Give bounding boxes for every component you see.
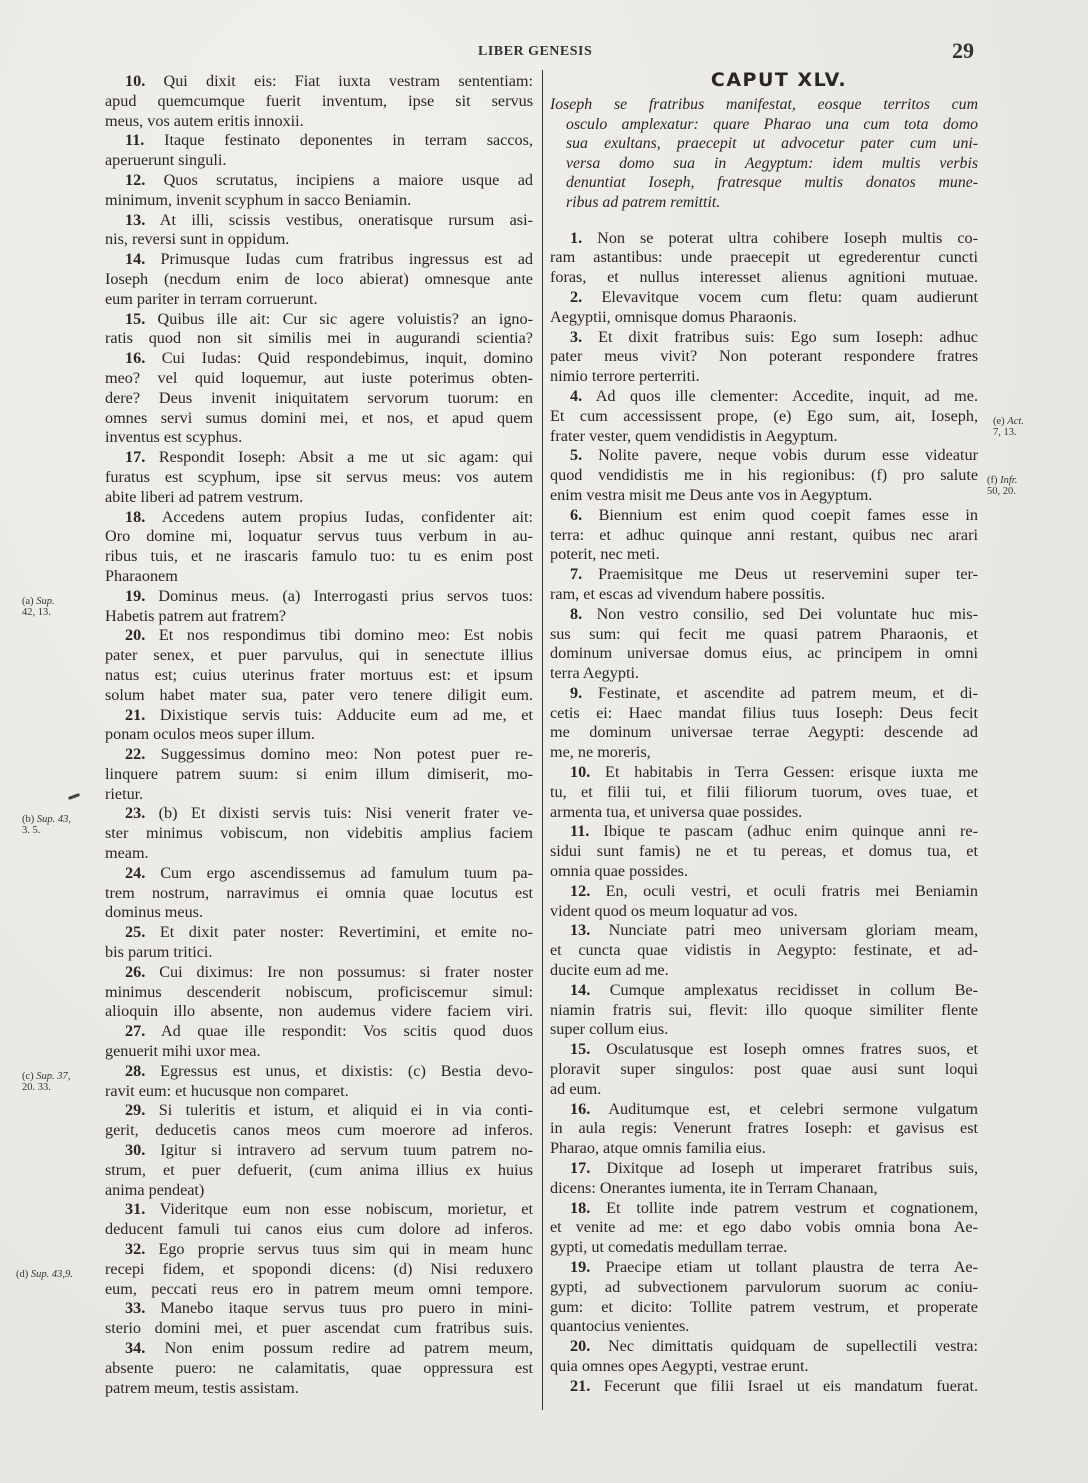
text-line: 16. Auditumque est, et celebri sermone v…	[550, 1100, 978, 1120]
note-loc: 50, 20.	[987, 486, 1016, 497]
note-loc: 7, 13.	[993, 427, 1017, 438]
text-line: super collum eius.	[550, 1020, 978, 1040]
text-line: 28. Egressus est unus, et dixistis: (c) …	[105, 1062, 533, 1082]
note-ref: Sup. 43,9.	[31, 1269, 73, 1280]
text-line: furatus est scyphum, ipse sit servus meu…	[105, 468, 533, 488]
verse-number: 18.	[125, 508, 145, 526]
text-line: alioquin illo absente, non audemus vider…	[105, 1002, 533, 1022]
text-line: 13. Nunciate patri meo universam gloriam…	[550, 921, 978, 941]
text-line: 13. At illi, scissis vestibus, oneratisq…	[105, 211, 533, 231]
text-line: solum habet mater sua, pater vero tenere…	[105, 686, 533, 706]
verse-number: 23.	[125, 804, 145, 822]
text-line: me, ne moreris,	[550, 743, 978, 763]
text-line: frater vester, quem vendidistis in Aegyp…	[550, 427, 978, 447]
text-line: osculo amplexatur: quare Pharao una cum …	[550, 115, 978, 135]
verse-number: 17.	[125, 448, 145, 466]
text-line: dominum universae domus eius, ac princip…	[550, 644, 978, 664]
chapter-title: CAPUT XLV.	[550, 67, 978, 95]
text-line: eum, peccati reus ero in patrem meum omn…	[105, 1280, 533, 1300]
text-line: deducent famuli tui canos eius cum dolor…	[105, 1220, 533, 1240]
text-line: Pharaonem	[105, 567, 533, 587]
text-line: 25. Et dixit pater noster: Revertimini, …	[105, 923, 533, 943]
verse-number: 22.	[125, 745, 145, 763]
text-line: 26. Cui diximus: Ire non possumus: si fr…	[105, 963, 533, 983]
text-line: eum pariter in terram corruerunt.	[105, 290, 533, 310]
text-line: 10. Et habitabis in Terra Gessen: erisqu…	[550, 763, 978, 783]
text-line: 30. Igitur si intravero ad servum tuum p…	[105, 1141, 533, 1161]
note-loc: 42, 13.	[22, 607, 51, 618]
text-line: foras, et nullus interesset alienus agni…	[550, 268, 978, 288]
text-line: ribus ad patrem remittit.	[550, 193, 978, 213]
text-line: 2. Elevavitque vocem cum fletu: quam aud…	[550, 288, 978, 308]
text-line: gerit, deducetis canos meos cum moerore …	[105, 1121, 533, 1141]
text-line: gypti, ut comedatis medullam terrae.	[550, 1238, 978, 1258]
text-line: vident quod os meum loquatur ad vos.	[550, 902, 978, 922]
verse-number: 14.	[570, 981, 590, 999]
right-column-text: 1. Non se poterat ultra cohibere Ioseph …	[550, 229, 978, 1397]
verse-number: 17.	[570, 1159, 590, 1177]
text-line: recepi fidem, et spopondi dicens: (d) Ni…	[105, 1260, 533, 1280]
text-line: ram, et escas ad vivendum habere possiti…	[550, 585, 978, 605]
text-line: pater senex, et puer parvulus, qui in se…	[105, 646, 533, 666]
verse-number: 32.	[125, 1240, 145, 1258]
verse-number: 26.	[125, 963, 145, 981]
verse-number: 21.	[570, 1377, 590, 1395]
text-line: 15. Quibus ille ait: Cur sic agere volui…	[105, 310, 533, 330]
text-line: omnes servi sumus domini mei, et nos, et…	[105, 409, 533, 429]
text-line: minimum, invenit scyphum in sacco Beniam…	[105, 191, 533, 211]
text-line: denuntiat Ioseph, fratresque multis dona…	[550, 173, 978, 193]
text-line: 18. Accedens autem propius Iudas, confid…	[105, 508, 533, 528]
text-line: 16. Cui Iudas: Quid respondebimus, inqui…	[105, 349, 533, 369]
note-loc: 3. 5.	[22, 825, 40, 836]
text-line: minimus descenderit nobiscum, proficisce…	[105, 983, 533, 1003]
note-ref: Infr.	[1000, 475, 1017, 486]
margin-note-d: (d) Sup. 43,9.	[16, 1269, 73, 1280]
verse-number: 12.	[570, 882, 590, 900]
verse-number: 13.	[125, 211, 145, 229]
text-line: nis, reversi sunt in oppidum.	[105, 230, 533, 250]
text-line: genuerit mihi uxor mea.	[105, 1042, 533, 1062]
text-line: linquere patrem suum: si enim illum dimi…	[105, 765, 533, 785]
verse-number: 11.	[125, 131, 144, 149]
text-line: rietur.	[105, 785, 533, 805]
text-line: et venite ad me: et ego dabo vobis omnia…	[550, 1218, 978, 1238]
margin-note-a: (a) Sup. 42, 13.	[22, 596, 55, 618]
text-line: ponam oculos meos super illum.	[105, 725, 533, 745]
text-line: ducite eum ad me.	[550, 961, 978, 981]
note-loc: 20. 33.	[22, 1082, 51, 1093]
text-line: bis parum tritici.	[105, 943, 533, 963]
verse-number: 19.	[125, 587, 145, 605]
verse-number: 27.	[125, 1022, 145, 1040]
text-line: 10. Qui dixit eis: Fiat iuxta vestram se…	[105, 72, 533, 92]
text-line: 20. Et nos respondimus tibi domino meo: …	[105, 626, 533, 646]
verse-number: 12.	[125, 171, 145, 189]
verse-number: 16.	[125, 349, 145, 367]
text-line: Et cum accessissent prope, (e) Ego sum, …	[550, 407, 978, 427]
text-line: quia omnes opes Aegypti, vestrae erunt.	[550, 1357, 978, 1377]
verse-number: 4.	[570, 387, 582, 405]
note-ref: Sup.	[36, 596, 54, 607]
verse-number: 21.	[125, 706, 145, 724]
text-line: 6. Biennium est enim quod coepit fames e…	[550, 506, 978, 526]
text-line: anima pendeat)	[105, 1181, 533, 1201]
text-line: quod vendidistis me in his regionibus: (…	[550, 466, 978, 486]
verse-number: 20.	[125, 626, 145, 644]
page-number: 29	[952, 38, 974, 64]
verse-number: 24.	[125, 864, 145, 882]
text-line: omnia quae possides.	[550, 862, 978, 882]
text-line: Pharao, atque omnis familia eius.	[550, 1139, 978, 1159]
text-line: 17. Dixitque ad Ioseph ut imperaret frat…	[550, 1159, 978, 1179]
text-line: trem nostrum, narravimus ei omnia quae l…	[105, 884, 533, 904]
verse-number: 6.	[570, 506, 582, 524]
verse-number: 2.	[570, 288, 582, 306]
note-ref: Act.	[1007, 416, 1024, 427]
text-line: sidui sunt famis) ne et tu pereas, et do…	[550, 842, 978, 862]
verse-number: 10.	[570, 763, 590, 781]
text-line: Ioseph (necdum enim de loco abierat) omn…	[105, 270, 533, 290]
column-divider	[542, 70, 543, 1410]
text-line: Habetis patrem aut fratrem?	[105, 607, 533, 627]
text-line: strum, et puer defuerit, (cum anima illi…	[105, 1161, 533, 1181]
right-column: CAPUT XLV. Ioseph se fratribus manifesta…	[550, 67, 978, 1397]
text-line: enim vestra misit me Deus ante vos in Ae…	[550, 486, 978, 506]
chapter-summary: Ioseph se fratribus manifestat, eosque t…	[550, 95, 978, 213]
verse-number: 13.	[570, 921, 590, 939]
text-line: 15. Osculatusque est Ioseph omnes fratre…	[550, 1040, 978, 1060]
text-line: sua exultans, praecepit ut advocetur pat…	[550, 134, 978, 154]
text-line: armenta tua, et universa quae possides.	[550, 803, 978, 823]
text-line: 19. Praecipe etiam ut tollant plaustra d…	[550, 1258, 978, 1278]
text-line: gypti, ad subvectionem parvulorum suorum…	[550, 1278, 978, 1298]
verse-number: 5.	[570, 446, 582, 464]
text-line: ram astantibus: unde praecepit ut egrede…	[550, 248, 978, 268]
note-ref: Sup. 43,	[37, 814, 71, 825]
text-line: 33. Manebo itaque servus tuus pro puero …	[105, 1299, 533, 1319]
text-line: et cuncta quae vidistis in Aegypto: fest…	[550, 941, 978, 961]
text-line: 12. En, oculi vestri, et oculi fratris m…	[550, 882, 978, 902]
text-line: meus, vos autem eritis innoxii.	[105, 112, 533, 132]
note-label: (a)	[22, 596, 34, 607]
text-line: 18. Et tollite inde patrem vestrum et co…	[550, 1199, 978, 1219]
text-line: ad eum.	[550, 1080, 978, 1100]
margin-note-f: (f) Infr. 50, 20.	[987, 475, 1017, 497]
text-line: 4. Ad quos ille clementer: Accedite, inq…	[550, 387, 978, 407]
margin-note-e: (e) Act. 7, 13.	[993, 416, 1024, 438]
verse-number: 30.	[125, 1141, 145, 1159]
text-line: terra: et adhuc quinque anni restant, qu…	[550, 526, 978, 546]
text-line: 19. Dominus meus. (a) Interrogasti prius…	[105, 587, 533, 607]
verse-number: 15.	[570, 1040, 590, 1058]
verse-number: 29.	[125, 1101, 145, 1119]
text-line: absente puero: ne calamitatis, quae oppr…	[105, 1359, 533, 1379]
verse-number: 1.	[570, 229, 582, 247]
verse-number: 7.	[570, 565, 582, 583]
verse-number: 9.	[570, 684, 582, 702]
text-line: quantocius venientes.	[550, 1317, 978, 1337]
text-line: natus est; cuius uterinus frater mortuus…	[105, 666, 533, 686]
verse-number: 10.	[125, 72, 145, 90]
verse-number: 18.	[570, 1199, 590, 1217]
text-line: 11. Itaque festinato deponentes in terra…	[105, 131, 533, 151]
text-line: 3. Et dixit fratribus suis: Ego sum Iose…	[550, 328, 978, 348]
verse-number: 3.	[570, 328, 582, 346]
text-line: 1. Non se poterat ultra cohibere Ioseph …	[550, 229, 978, 249]
verse-number: 33.	[125, 1299, 145, 1317]
text-line: 21. Dixistique servis tuis: Adducite eum…	[105, 706, 533, 726]
note-label: (b)	[22, 814, 34, 825]
text-line: in aula regis: Venerunt fratres Ioseph: …	[550, 1119, 978, 1139]
text-line: apud quemcumque fuerit inventum, ipse si…	[105, 92, 533, 112]
verse-number: 28.	[125, 1062, 145, 1080]
text-line: 23. (b) Et dixisti servis tuis: Nisi ven…	[105, 804, 533, 824]
text-line: 27. Ad quae ille respondit: Vos scitis q…	[105, 1022, 533, 1042]
verse-number: 8.	[570, 605, 582, 623]
text-line: 17. Respondit Ioseph: Absit a me ut sic …	[105, 448, 533, 468]
text-line: 20. Nec dimittatis quidquam de supellect…	[550, 1337, 978, 1357]
text-line: terra Aegypti.	[550, 664, 978, 684]
text-line: nimio terrore perterriti.	[550, 367, 978, 387]
text-line: 31. Videritque eum non esse nobiscum, mo…	[105, 1200, 533, 1220]
verse-number: 14.	[125, 250, 145, 268]
text-line: inventus est scyphus.	[105, 428, 533, 448]
text-line: ribus tuis, et ne irascaris famulo tuo: …	[105, 547, 533, 567]
note-label: (f)	[987, 475, 998, 486]
text-line: 14. Primusque Iudas cum fratribus ingres…	[105, 250, 533, 270]
note-label: (d)	[16, 1269, 28, 1280]
text-line: abite liberi ad patrem vestrum.	[105, 488, 533, 508]
verse-number: 31.	[125, 1200, 145, 1218]
text-line: 24. Cum ergo ascendissemus ad famulum tu…	[105, 864, 533, 884]
text-line: 11. Ibique te pascam (adhuc enim quinque…	[550, 822, 978, 842]
text-line: Oro domine mi, loquatur servus tuus verb…	[105, 527, 533, 547]
text-line: poterit, nec meti.	[550, 545, 978, 565]
text-line: me dominum universae terrae Aegypti: des…	[550, 723, 978, 743]
verse-number: 25.	[125, 923, 145, 941]
margin-note-c: (c) Sup. 37, 20. 33.	[22, 1071, 70, 1093]
text-line: 22. Suggessimus domino meo: Non potest p…	[105, 745, 533, 765]
text-line: ravit eum: et hucusque non comparet.	[105, 1082, 533, 1102]
text-line: versa domo sua in Aegyptum: idem multis …	[550, 154, 978, 174]
text-line: 34. Non enim possum redire ad patrem meu…	[105, 1339, 533, 1359]
note-ref: Sup. 37,	[36, 1071, 70, 1082]
text-line: ploravit super singulos: post quae ausi …	[550, 1060, 978, 1080]
text-line: gum: et dicito: Tollite patrem vestrum, …	[550, 1298, 978, 1318]
text-line: Ioseph se fratribus manifestat, eosque t…	[550, 95, 978, 115]
text-line: tu, et filii tui, et filii filiorum tuor…	[550, 783, 978, 803]
text-line: pater meus vivit? Non poterant responder…	[550, 347, 978, 367]
note-label: (c)	[22, 1071, 34, 1082]
text-line: sterio domini mei, et puer ascendat cum …	[105, 1319, 533, 1339]
text-line: meo? vel quid loquemur, aut iuste poteri…	[105, 369, 533, 389]
text-line: niamin fratris sui, flevit: illo quoque …	[550, 1001, 978, 1021]
verse-number: 11.	[570, 822, 589, 840]
text-line: ratis quod non sit similis mei in augura…	[105, 329, 533, 349]
verse-number: 15.	[125, 310, 145, 328]
text-line: meam.	[105, 844, 533, 864]
text-line: 14. Cumque amplexatus recidisset in coll…	[550, 981, 978, 1001]
text-line: 21. Fecerunt que filii Israel ut eis man…	[550, 1377, 978, 1397]
text-line: aperuerunt singuli.	[105, 151, 533, 171]
text-line: Aegyptii, omnisque domus Pharaonis.	[550, 308, 978, 328]
verse-number: 34.	[125, 1339, 145, 1357]
margin-note-b: (b) Sup. 43, 3. 5.	[22, 814, 71, 836]
verse-number: 16.	[570, 1100, 590, 1118]
left-column: 10. Qui dixit eis: Fiat iuxta vestram se…	[105, 72, 533, 1398]
text-line: 5. Nolite pavere, neque vobis durum esse…	[550, 446, 978, 466]
text-line: 29. Si tuleritis et istum, et aliquid ei…	[105, 1101, 533, 1121]
text-line: 9. Festinate, et ascendite ad patrem meu…	[550, 684, 978, 704]
text-line: 8. Non vestro consilio, sed Dei voluntat…	[550, 605, 978, 625]
text-line: dere? Deus invenit iniquitatem servorum …	[105, 389, 533, 409]
running-title: LIBER GENESIS	[478, 44, 592, 60]
text-line: dominus meus.	[105, 903, 533, 923]
text-line: 7. Praemisitque me Deus ut reservemini s…	[550, 565, 978, 585]
text-line: ster minimus vobiscum, non videbitis amp…	[105, 824, 533, 844]
text-line: sus sum: qui fecit me quasi patrem Phara…	[550, 625, 978, 645]
text-line: 32. Ego proprie servus tuus sim qui in m…	[105, 1240, 533, 1260]
text-line: 12. Quos scrutatus, incipiens a maiore u…	[105, 171, 533, 191]
text-line: patrem meum, testis assistam.	[105, 1379, 533, 1399]
verse-number: 19.	[570, 1258, 590, 1276]
note-label: (e)	[993, 416, 1005, 427]
text-line: cetis ei: Haec mandat filius tuus Ioseph…	[550, 704, 978, 724]
text-line: dicens: Onerantes iumenta, ite in Terram…	[550, 1179, 978, 1199]
verse-number: 20.	[570, 1337, 590, 1355]
